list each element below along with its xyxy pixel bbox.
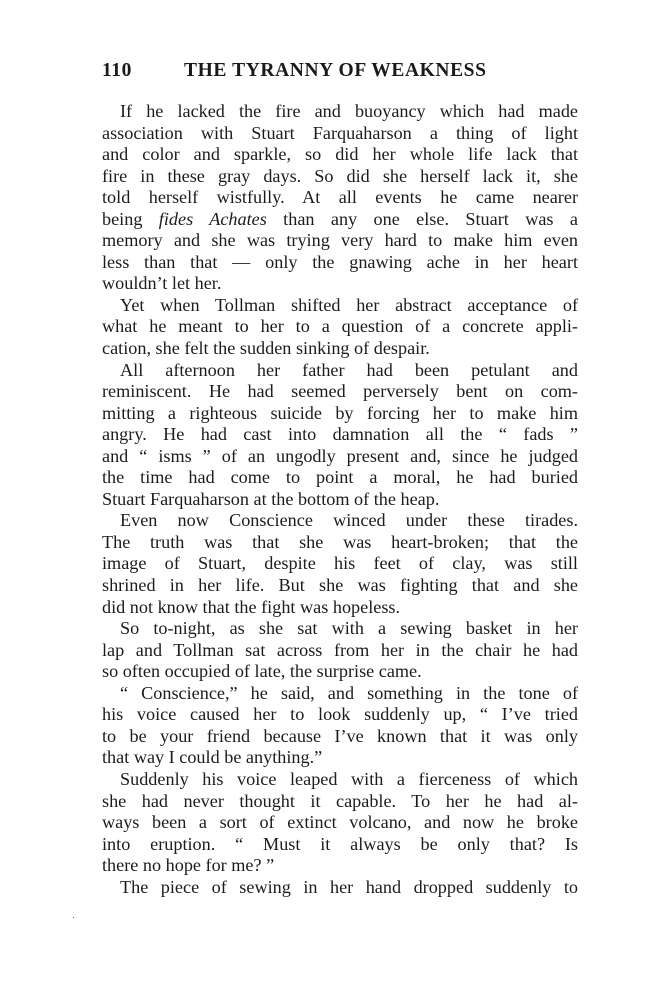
- text-line: Stuart Farquaharson at the bottom of the…: [102, 489, 578, 511]
- text-line: what he meant to her to a question of a …: [102, 316, 578, 338]
- text-line: wouldn’t let her.: [102, 273, 578, 295]
- text-line: The truth was that she was heart-broken;…: [102, 532, 578, 554]
- running-head: 110 THE TYRANNY OF WEAKNESS: [102, 60, 582, 84]
- text-line: so often occupied of late, the surprise …: [102, 661, 578, 683]
- text-line: fire in these gray days. So did she hers…: [102, 166, 578, 188]
- text-line: reminiscent. He had seemed perversely be…: [102, 381, 578, 403]
- text-line: Yet when Tollman shifted her abstract ac…: [102, 295, 578, 317]
- text-line: told herself wistfully. At all events he…: [102, 187, 578, 209]
- book-page: 110 THE TYRANNY OF WEAKNESS If he lacked…: [0, 0, 664, 1000]
- text-line: So to-night, as she sat with a sewing ba…: [102, 618, 578, 640]
- text-line: Suddenly his voice leaped with a fiercen…: [102, 769, 578, 791]
- text-line: shrined in her life. But she was fightin…: [102, 575, 578, 597]
- text-line: did not know that the fight was hopeless…: [102, 597, 578, 619]
- text-line: and “ isms ” of an ungodly present and, …: [102, 446, 578, 468]
- text-line: All afternoon her father had been petula…: [102, 360, 578, 382]
- text-line: his voice caused her to look suddenly up…: [102, 704, 578, 726]
- text-line: the time had come to point a moral, he h…: [102, 467, 578, 489]
- text-line: and color and sparkle, so did her whole …: [102, 144, 578, 166]
- body-text: If he lacked the fire and buoyancy which…: [102, 101, 578, 898]
- text-line: mitting a righteous suicide by forcing h…: [102, 403, 578, 425]
- italic-phrase: fides Achates: [159, 209, 267, 229]
- text-line: image of Stuart, despite his feet of cla…: [102, 553, 578, 575]
- scan-speck: [73, 917, 74, 918]
- text-line: If he lacked the fire and buoyancy which…: [102, 101, 578, 123]
- text-line: less than that — only the gnawing ache i…: [102, 252, 578, 274]
- text-line: there no hope for me? ”: [102, 855, 578, 877]
- text-line: memory and she was trying very hard to m…: [102, 230, 578, 252]
- text-line: “ Conscience,” he said, and something in…: [102, 683, 578, 705]
- text-line: into eruption. “ Must it always be only …: [102, 834, 578, 856]
- text-line: lap and Tollman sat across from her in t…: [102, 640, 578, 662]
- text-line: ways been a sort of extinct volcano, and…: [102, 812, 578, 834]
- text-line: association with Stuart Farquaharson a t…: [102, 123, 578, 145]
- text-line: cation, she felt the sudden sinking of d…: [102, 338, 578, 360]
- text-line: that way I could be anything.”: [102, 747, 578, 769]
- text-line: The piece of sewing in her hand dropped …: [102, 877, 578, 899]
- text-line: being fides Achates than any one else. S…: [102, 209, 578, 231]
- page-number: 110: [102, 60, 132, 82]
- text-line: Even now Conscience winced under these t…: [102, 510, 578, 532]
- text-line: to be your friend because I’ve known tha…: [102, 726, 578, 748]
- text-line: angry. He had cast into damnation all th…: [102, 424, 578, 446]
- book-title: THE TYRANNY OF WEAKNESS: [184, 60, 487, 82]
- text-line: she had never thought it capable. To her…: [102, 791, 578, 813]
